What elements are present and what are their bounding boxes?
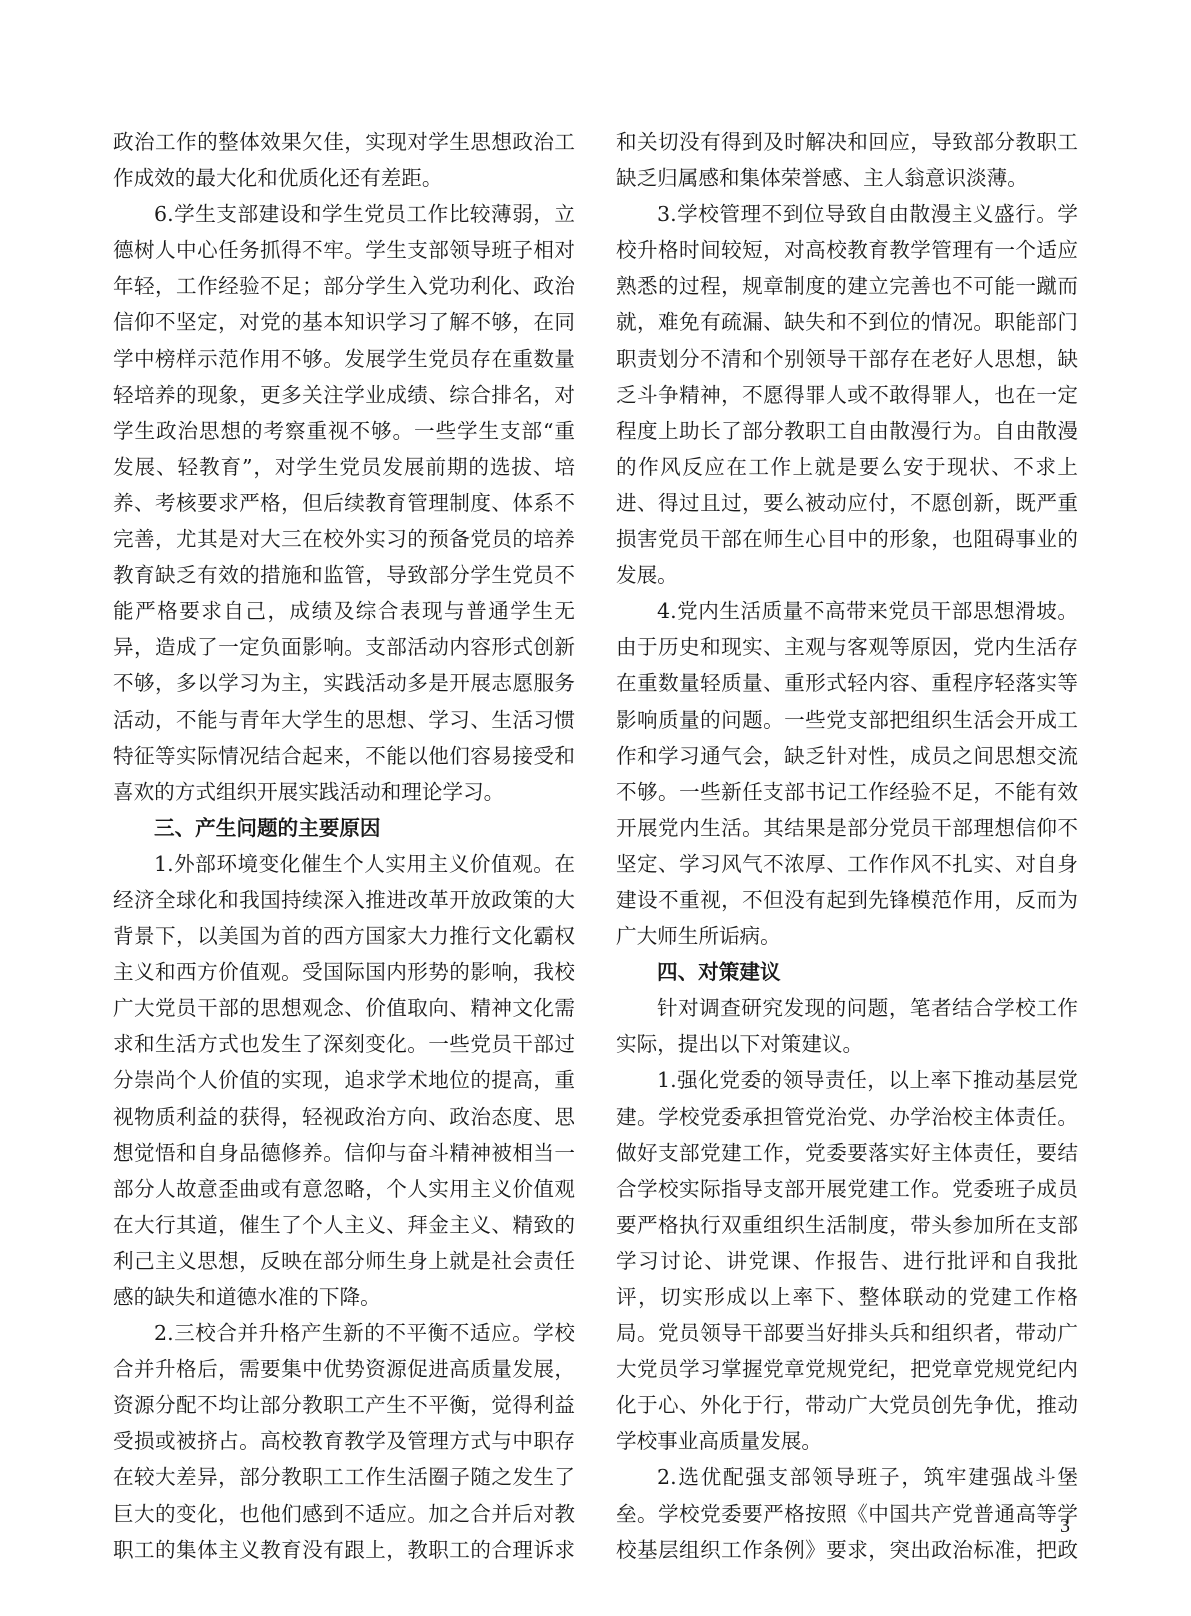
text-line: 就，难免有疏漏、缺失和不到位的情况。职能部门 [616,304,1078,340]
text-line: 在大行其道，催生了个人主义、拜金主义、精致的 [113,1207,575,1243]
text-line: 巨大的变化，也他们感到不适应。加之合并后对教 [113,1496,575,1532]
text-line: 开展党内生活。其结果是部分党员干部理想信仰不 [616,810,1078,846]
text-line: 异，造成了一定负面影响。支部活动内容形式创新 [113,629,575,665]
text-line: 乏斗争精神，不愿得罪人或不敢得罪人，也在一定 [616,377,1078,413]
text-line: 教育缺乏有效的措施和监管，导致部分学生党员不 [113,557,575,593]
paragraph-start-line: 2.选优配强支部领导班子，筑牢建强战斗堡 [616,1459,1078,1495]
paragraph-start-line: 2.三校合并升格产生新的不平衡不适应。学校 [113,1315,575,1351]
text-line: 垒。学校党委要严格按照《中国共产党普通高等学 [616,1496,1078,1532]
page-number: 3 [1060,1515,1070,1538]
text-line: 在较大差异，部分教职工工作生活圈子随之发生了 [113,1459,575,1495]
section-heading: 四、对策建议 [616,954,1078,990]
paragraph-end-line: 实际，提出以下对策建议。 [616,1026,1078,1062]
text-line: 的作风反应在工作上就是要么安于现状、不求上 [616,449,1078,485]
paragraph-start-line: 6.学生支部建设和学生党员工作比较薄弱，立 [113,196,575,232]
paragraph-end-line: 作成效的最大化和优质化还有差距。 [113,160,575,196]
text-line: 视物质利益的获得，轻视政治方向、政治态度、思 [113,1099,575,1135]
paragraph-start-line: 3.学校管理不到位导致自由散漫主义盛行。学 [616,196,1078,232]
text-line: 不够。一些新任支部书记工作经验不足，不能有效 [616,774,1078,810]
text-line: 广大党员干部的思想观念、价值取向、精神文化需 [113,990,575,1026]
text-line: 建设不重视，不但没有起到先锋模范作用，反而为 [616,882,1078,918]
paragraph-end-line: 感的缺失和道德水准的下降。 [113,1279,575,1315]
section-heading: 三、产生问题的主要原因 [113,810,575,846]
text-line: 求和生活方式也发生了深刻变化。一些党员干部过 [113,1026,575,1062]
text-line: 完善，尤其是对大三在校外实习的预备党员的培养 [113,521,575,557]
paragraph-start-line: 针对调查研究发现的问题，笔者结合学校工作 [616,990,1078,1026]
text-line: 轻培养的现象，更多关注学业成绩、综合排名，对 [113,377,575,413]
paragraph-end-line: 发展。 [616,557,1078,593]
paragraph-start-line: 1.强化党委的领导责任，以上率下推动基层党 [616,1062,1078,1098]
text-line: 养、考核要求严格，但后续教育管理制度、体系不 [113,485,575,521]
text-line: 活动，不能与青年大学生的思想、学习、生活习惯 [113,702,575,738]
text-line: 和关切没有得到及时解决和回应，导致部分教职工 [616,124,1078,160]
text-line: 做好支部党建工作，党委要落实好主体责任，要结 [616,1135,1078,1171]
paragraph-end-line: 喜欢的方式组织开展实践活动和理论学习。 [113,774,575,810]
left-column: 政治工作的整体效果欠佳，实现对学生思想政治工作成效的最大化和优质化还有差距。6.… [113,124,575,1568]
text-line: 进、得过且过，要么被动应付，不愿创新，既严重 [616,485,1078,521]
text-line: 年轻，工作经验不足；部分学生入党功利化、政治 [113,268,575,304]
paragraph-end-line: 缺乏归属感和集体荣誉感、主人翁意识淡薄。 [616,160,1078,196]
text-line: 德树人中心任务抓得不牢。学生支部领导班子相对 [113,232,575,268]
text-line: 不够，多以学习为主，实践活动多是开展志愿服务 [113,665,575,701]
paragraph-end-line: 广大师生所诟病。 [616,918,1078,954]
text-line: 想觉悟和自身品德修养。信仰与奋斗精神被相当一 [113,1135,575,1171]
text-line: 作和学习通气会，缺乏针对性，成员之间思想交流 [616,738,1078,774]
text-line: 主义和西方价值观。受国际国内形势的影响，我校 [113,954,575,990]
text-line: 特征等实际情况结合起来，不能以他们容易接受和 [113,738,575,774]
text-line: 要严格执行双重组织生活制度，带头参加所在支部 [616,1207,1078,1243]
text-line: 学习讨论、讲党课、作报告、进行批评和自我批 [616,1243,1078,1279]
text-line: 影响质量的问题。一些党支部把组织生活会开成工 [616,702,1078,738]
text-line: 损害党员干部在师生心目中的形象，也阻碍事业的 [616,521,1078,557]
text-line: 发展、轻教育”，对学生党员发展前期的选拔、培 [113,449,575,485]
text-line: 职责划分不清和个别领导干部存在老好人思想，缺 [616,341,1078,377]
text-line: 学生政治思想的考察重视不够。一些学生支部“重 [113,413,575,449]
right-column: 和关切没有得到及时解决和回应，导致部分教职工缺乏归属感和集体荣誉感、主人翁意识淡… [616,124,1078,1568]
text-line: 校基层组织工作条例》要求，突出政治标准，把政 [616,1532,1078,1568]
text-line: 受损或被挤占。高校教育教学及管理方式与中职存 [113,1423,575,1459]
text-line: 信仰不坚定，对党的基本知识学习了解不够，在同 [113,304,575,340]
paragraph-end-line: 学校事业高质量发展。 [616,1423,1078,1459]
text-line: 利己主义思想，反映在部分师生身上就是社会责任 [113,1243,575,1279]
text-line: 合并升格后，需要集中优势资源促进高质量发展， [113,1351,575,1387]
text-line: 化于心、外化于行，带动广大党员创先争优，推动 [616,1387,1078,1423]
text-line: 坚定、学习风气不浓厚、工作作风不扎实、对自身 [616,846,1078,882]
text-line: 政治工作的整体效果欠佳，实现对学生思想政治工 [113,124,575,160]
text-line: 资源分配不均让部分教职工产生不平衡，觉得利益 [113,1387,575,1423]
text-line: 由于历史和现实、主观与客观等原因，党内生活存 [616,629,1078,665]
text-line: 评，切实形成以上率下、整体联动的党建工作格 [616,1279,1078,1315]
text-line: 背景下，以美国为首的西方国家大力推行文化霸权 [113,918,575,954]
text-line: 能严格要求自己，成绩及综合表现与普通学生无 [113,593,575,629]
text-line: 合学校实际指导支部开展党建工作。党委班子成员 [616,1171,1078,1207]
text-line: 校升格时间较短，对高校教育教学管理有一个适应 [616,232,1078,268]
text-line: 在重数量轻质量、重形式轻内容、重程序轻落实等 [616,665,1078,701]
text-line: 学中榜样示范作用不够。发展学生党员存在重数量 [113,341,575,377]
text-line: 部分人故意歪曲或有意忽略，个人实用主义价值观 [113,1171,575,1207]
text-line: 建。学校党委承担管党治党、办学治校主体责任。 [616,1099,1078,1135]
paragraph-start-line: 4.党内生活质量不高带来党员干部思想滑坡。 [616,593,1078,629]
text-line: 经济全球化和我国持续深入推进改革开放政策的大 [113,882,575,918]
text-line: 局。党员领导干部要当好排头兵和组织者，带动广 [616,1315,1078,1351]
text-line: 分崇尚个人价值的实现，追求学术地位的提高，重 [113,1062,575,1098]
text-line: 熟悉的过程，规章制度的建立完善也不可能一蹴而 [616,268,1078,304]
text-line: 职工的集体主义教育没有跟上，教职工的合理诉求 [113,1532,575,1568]
text-line: 程度上助长了部分教职工自由散漫行为。自由散漫 [616,413,1078,449]
text-line: 大党员学习掌握党章党规党纪，把党章党规党纪内 [616,1351,1078,1387]
paragraph-start-line: 1.外部环境变化催生个人实用主义价值观。在 [113,846,575,882]
